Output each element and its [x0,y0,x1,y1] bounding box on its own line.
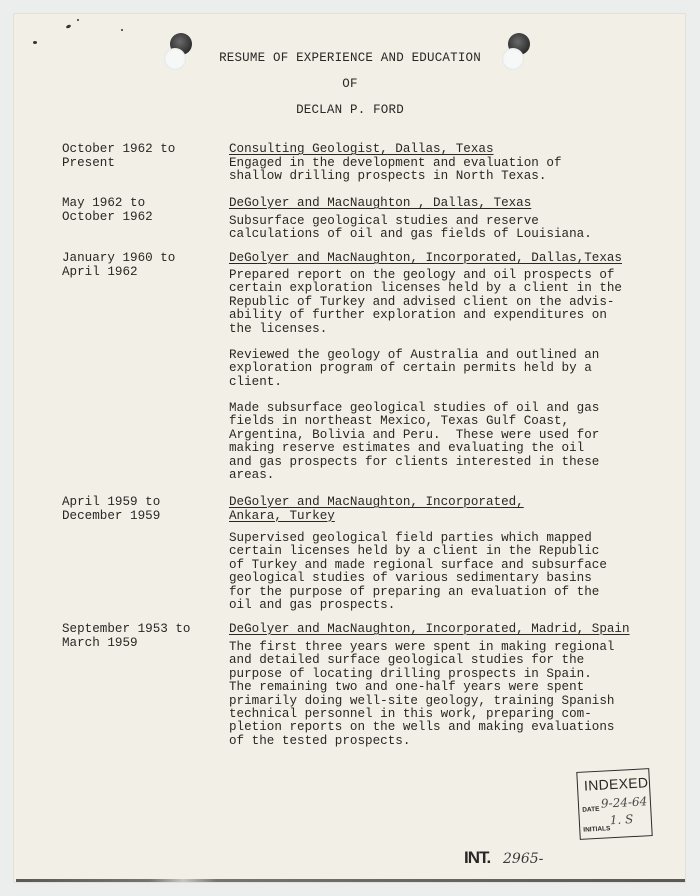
entry-heading: DeGolyer and MacNaughton, Incorporated, … [229,496,524,523]
entry-description: Supervised geological field parties whic… [229,532,607,612]
entry-description: Engaged in the development and evaluatio… [229,157,562,184]
entry-heading: DeGolyer and MacNaughton, Incorporated, … [229,623,630,637]
entry-date: October 1962 to Present [62,143,175,170]
entry-description: Subsurface geological studies and reserv… [229,215,592,242]
ink-speck [121,29,123,31]
entry-date: April 1959 to December 1959 [62,496,160,523]
document-title-of: OF [0,77,700,91]
entry-date: September 1953 to March 1959 [62,623,190,650]
ink-speck [77,19,79,21]
stamp-date-label: DATE [582,806,600,814]
entry-description: Made subsurface geological studies of oi… [229,402,599,482]
entry-date: May 1962 to October 1962 [62,197,153,224]
reference-number: 2965- [503,851,543,867]
stamp-date-value: 9-24-64 [601,794,648,810]
entry-heading: DeGolyer and MacNaughton, Incorporated, … [229,252,622,266]
entry-description: Prepared report on the geology and oil p… [229,269,622,336]
entry-heading: Consulting Geologist, Dallas, Texas [229,143,494,157]
ink-speck [33,41,37,44]
stamp-initials-value: 1. S [609,812,633,827]
stamp-initials-label: INITIALS [583,825,610,833]
indexed-stamp: INDEXED DATE 9-24-64 INITIALS 1. S [576,768,652,840]
document-title: RESUME OF EXPERIENCE AND EDUCATION [0,51,700,65]
entry-date: January 1960 to April 1962 [62,252,175,279]
reference-prefix: INT. [464,848,490,868]
stamp-label: INDEXED [584,774,649,793]
document-subject-name: DECLAN P. FORD [0,103,700,117]
entry-description: The first three years were spent in maki… [229,641,614,748]
entry-heading: DeGolyer and MacNaughton , Dallas, Texas [229,197,531,211]
entry-description: Reviewed the geology of Australia and ou… [229,349,599,389]
